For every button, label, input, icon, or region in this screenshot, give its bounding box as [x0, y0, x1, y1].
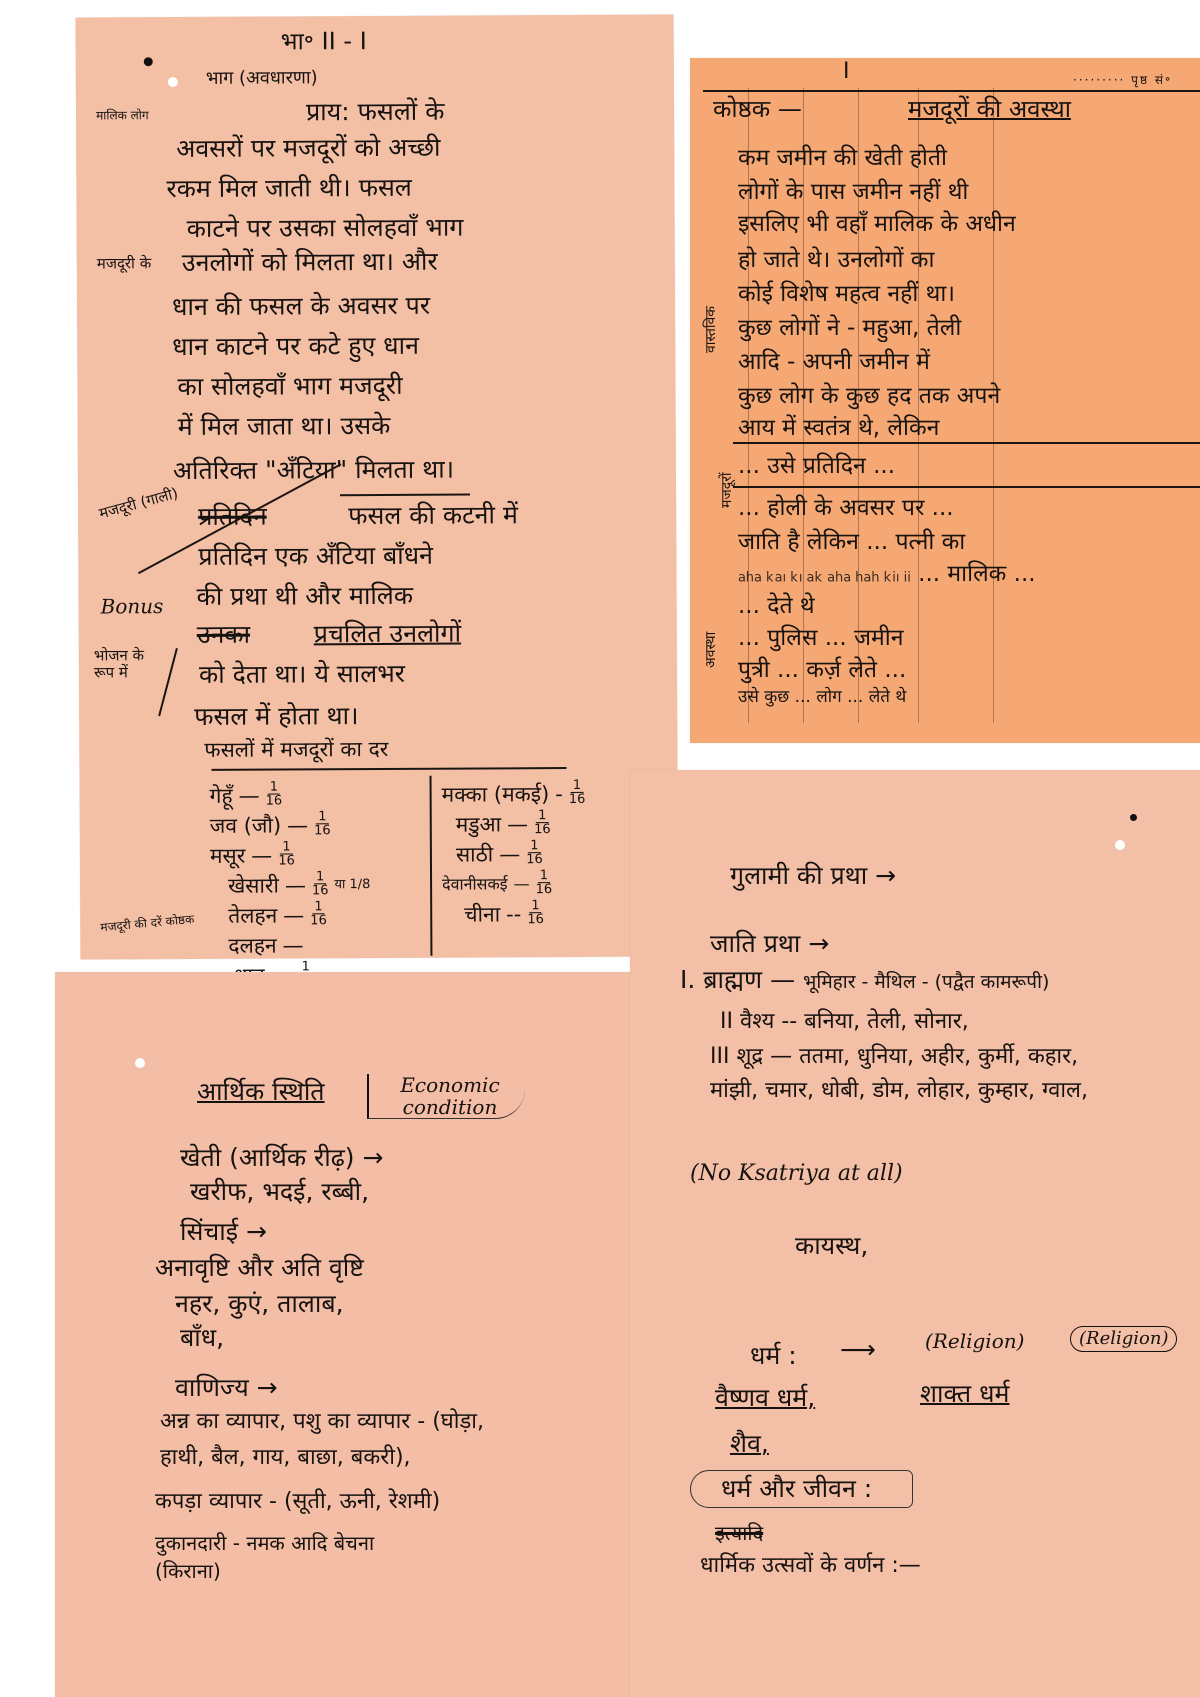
- note-page-3: आर्थिक स्थिति Economic condition खेती (आ…: [55, 972, 630, 1697]
- ink-dot: [144, 57, 153, 66]
- list-item: कपड़ा व्यापार - (सूती, ऊनी, रेशमी): [155, 1490, 440, 1514]
- list-item: अनावृष्टि और अति वृष्टि: [155, 1254, 364, 1282]
- crop-row: साठी — 116: [442, 839, 586, 870]
- heading-right: मजदूरों की अवस्था: [908, 96, 1071, 122]
- margin-note-bonus: Bonus: [101, 595, 164, 617]
- religion-item: वैष्णव धर्म,: [715, 1384, 815, 1412]
- subheader: भाग (अवधारणा): [206, 68, 318, 88]
- crop-row: दलहन —: [210, 930, 371, 961]
- text-line: उनलोगों को मिलता था। और: [182, 248, 438, 277]
- list-item: अन्न का व्यापार, पशु का व्यापार - (घोड़ा…: [160, 1410, 484, 1434]
- list-item: खरीफ, भदई, रब्बी,: [190, 1178, 369, 1206]
- text-line: इसलिए भी वहाँ मालिक के अधीन: [738, 206, 1200, 238]
- text-line: कुछ लोग के कुछ हद तक अपने: [738, 378, 1200, 410]
- crop-rates-left: गेहूँ — 116 जव (जौ) — 116 मसूर — 116 खेस…: [210, 780, 371, 991]
- text-line: प्रचलित उनलोगों: [314, 620, 461, 648]
- margin-note: मजदूरी (गाली): [97, 485, 179, 522]
- note-page-4: गुलामी की प्रथा → जाति प्रथा → I. ब्राह्…: [630, 770, 1200, 1697]
- text-line: फसल की कटनी में: [348, 501, 518, 529]
- list-item: वाणिज्य →: [175, 1374, 278, 1402]
- caste-row: II वैश्य -- बनिया, तेली, सोनार,: [720, 1010, 969, 1034]
- note-english: (No Ksatriya at all): [690, 1162, 903, 1186]
- text-line: ... उसे प्रतिदिन ...: [738, 448, 1200, 480]
- page-mark: I: [843, 60, 850, 84]
- text-line: का सोलहवाँ भाग मजदूरी: [177, 372, 402, 401]
- text-line: प्राय: फसलों के: [306, 98, 444, 126]
- punch-hole: [135, 1058, 145, 1068]
- crop-row: तेलहन — 116: [210, 900, 371, 931]
- list-item: धार्मिक उत्सवों के वर्णन :—: [700, 1554, 921, 1578]
- side-note: वास्तविक: [701, 153, 720, 353]
- text-line: ... देते थे: [738, 588, 1200, 620]
- struck-word: उनका: [197, 621, 250, 649]
- table-title: फसलों में मजदूरों का दर: [204, 738, 388, 762]
- list-item: हाथी, बैल, गाय, बाछा, बकरी),: [160, 1446, 411, 1470]
- margin-note: मजदूरी की दरें कोष्ठक: [100, 913, 195, 935]
- punch-hole: [1115, 840, 1125, 850]
- ink-dot: [1130, 814, 1137, 821]
- heading-left: कोष्ठक —: [713, 96, 802, 122]
- bleed-through-line: ᴉᴉ ıᴉʞ ɥɐɥ ɐɥɐ ʞɐ ıʞ ıɐʞ ɐɥɐ ... मालिक .…: [738, 556, 1200, 588]
- text-line: धान की फसल के अवसर पर: [172, 292, 430, 321]
- caste-row: III शूद्र — ततमा, धुनिया, अहीर, कुर्मी, …: [710, 1040, 1100, 1108]
- struck-word: प्रतिदिन: [198, 503, 267, 531]
- list-item: दुकानदारी - नमक आदि बेचना: [155, 1532, 374, 1554]
- crop-row: जव (जौ) — 116: [210, 810, 371, 841]
- arrow-icon: ⟶: [840, 1336, 876, 1364]
- section-title: आर्थिक स्थिति: [197, 1078, 325, 1106]
- text-line: प्रतिदिन एक अँटिया बाँधने: [198, 542, 433, 571]
- text-line: जाति है लेकिन ... पत्नी का: [738, 524, 1200, 556]
- text-line: उसे कुछ ... लोग ... लेते थे: [738, 684, 1200, 707]
- text-line: अवसरों पर मजदूरों को अच्छी: [176, 134, 440, 163]
- rule: [733, 442, 1200, 444]
- text-line: काटने पर उसका सोलहवाँ भाग: [187, 214, 464, 243]
- crop-row: खेसारी — 116या 1/8: [210, 870, 371, 901]
- side-note: अवस्था: [701, 518, 720, 668]
- struck-word: इत्यादि: [715, 1522, 763, 1544]
- text-line: पुत्री ... कर्ज़ लेते ...: [738, 652, 1200, 684]
- text-line: कुछ लोगों ने - महुआ, तेली: [738, 310, 1200, 342]
- list-item: सिंचाई →: [180, 1218, 267, 1246]
- margin-note: भोजन के रूप में: [94, 647, 154, 680]
- text-line: को देता था। ये सालभर: [199, 660, 405, 689]
- text-line: आय में स्वतंत्र थे, लेकिन: [738, 410, 1200, 442]
- crop-row: मडुआ — 116: [442, 809, 586, 840]
- crop-row: देवानीसकई — 116: [442, 869, 586, 900]
- text-line: आदि - अपनी जमीन में: [738, 344, 1200, 376]
- text-line: रकम मिल जाती थी। फसल: [166, 174, 411, 203]
- underline: [340, 494, 470, 497]
- crop-row: चीना -- 116: [442, 899, 586, 930]
- text-line: फसल में होता था।: [194, 702, 358, 730]
- religion-item: शाक्त धर्म: [920, 1380, 1009, 1408]
- table-divider: [430, 776, 433, 956]
- caste-row: I. ब्राह्मण — भूमिहार - मैथिल - (पद्वैत …: [680, 966, 1049, 994]
- list-item: नहर, कुएं, तालाब,: [175, 1290, 344, 1318]
- ruled-top-line: [703, 90, 1200, 92]
- list-item: कायस्थ,: [795, 1232, 868, 1260]
- table-title-underline: [211, 767, 566, 771]
- text-line: की प्रथा थी और मालिक: [196, 582, 413, 611]
- text-line: हो जाते थे। उनलोगों का: [738, 242, 1200, 274]
- crop-row: मक्का (मकई) - 116: [442, 779, 586, 810]
- text-line: ... होली के अवसर पर ...: [738, 490, 1200, 522]
- rule: [733, 486, 1200, 488]
- text-line: लोगों के पास जमीन नहीं थी: [738, 174, 1200, 206]
- bracket-line: [158, 648, 178, 716]
- note-page-2: I ········· पृष्ठ सं॰ कोष्ठक — मजदूरों क…: [690, 58, 1200, 743]
- page-header: भा॰ II - I: [281, 28, 367, 55]
- section-title-english: Economic condition: [367, 1074, 525, 1119]
- text-line: कम जमीन की खेती होती: [738, 140, 1200, 172]
- text-line: धान काटने पर कटे हुए धान: [172, 332, 419, 361]
- crop-rates-right: मक्का (मकई) - 116 मडुआ — 116 साठी — 116 …: [442, 779, 587, 930]
- religion-item: शैव,: [730, 1430, 769, 1458]
- margin-note: मालिक लोग: [96, 109, 149, 122]
- religion-english: (Religion): [925, 1330, 1024, 1352]
- list-item: बाँध,: [180, 1324, 224, 1352]
- religion-english-circled: (Religion): [1070, 1326, 1177, 1352]
- dharma-life-box: धर्म और जीवन :: [690, 1470, 913, 1508]
- crop-row: मसूर — 116: [210, 840, 371, 871]
- text-line: ... पुलिस ... जमीन: [738, 620, 1200, 652]
- punch-hole: [168, 77, 178, 87]
- list-item: जाति प्रथा →: [710, 930, 829, 958]
- note-page-1: भा॰ II - I भाग (अवधारणा) मालिक लोग प्राय…: [76, 14, 679, 959]
- crop-row: गेहूँ — 116: [210, 780, 371, 811]
- list-item: (किराना): [155, 1560, 221, 1582]
- list-item: गुलामी की प्रथा →: [730, 862, 896, 890]
- text-line: कोई विशेष महत्व नहीं था।: [738, 276, 1200, 308]
- page-number-field: ········· पृष्ठ सं॰: [1073, 74, 1172, 87]
- margin-note: मजदूरी के: [97, 255, 151, 272]
- list-item: खेती (आर्थिक रीढ़) →: [180, 1144, 383, 1172]
- text-line: में मिल जाता था। उसके: [178, 412, 391, 441]
- religion-label: धर्म :: [750, 1342, 797, 1370]
- text-line: अतिरिक्त "अँटिया" मिलता था।: [173, 456, 454, 485]
